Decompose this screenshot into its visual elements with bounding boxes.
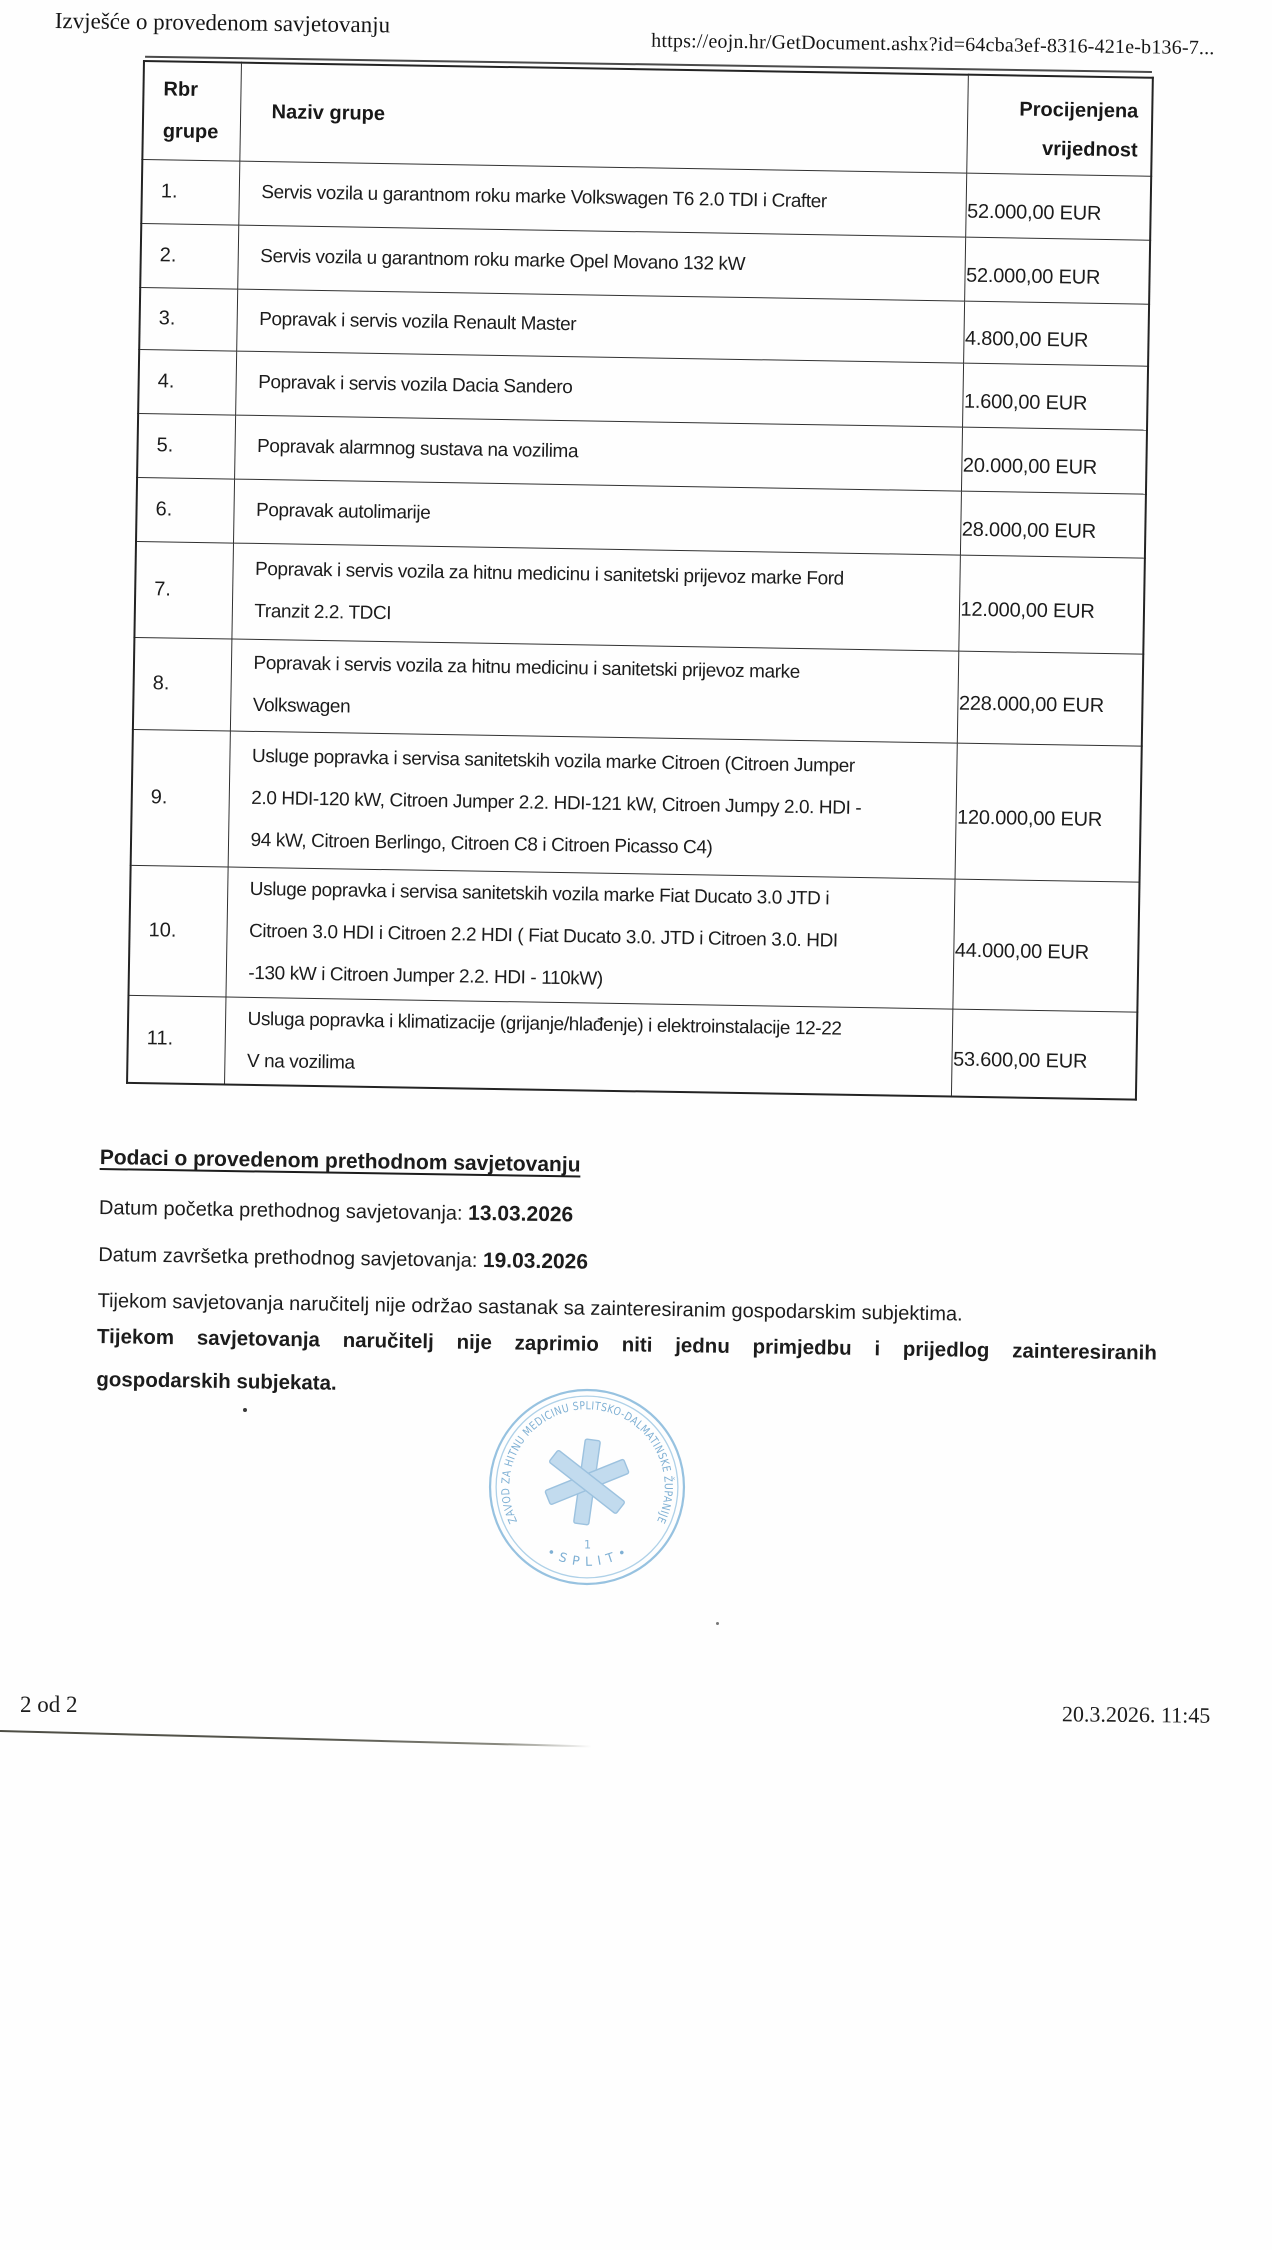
group-name: Popravak i servis vozila za hitnu medici… — [231, 543, 959, 651]
procurement-groups-table: Rbr grupe Naziv grupe Procijenjena vrije… — [126, 60, 1154, 1100]
start-date-label: Datum početka prethodnog savjetovanja: — [99, 1197, 468, 1225]
ink-speck — [716, 1622, 719, 1625]
row-number: 5. — [137, 413, 235, 479]
document-url: https://eojn.hr/GetDocument.ashx?id=64cb… — [651, 30, 1215, 60]
print-timestamp: 20.3.2026. 11:45 — [1062, 1701, 1211, 1729]
row-number: 3. — [139, 287, 237, 351]
header-rbr-grupe: Rbr grupe — [144, 68, 239, 154]
table-row: 11. Usluga popravka i klimatizacije (gri… — [127, 995, 1137, 1099]
group-name: Servis vozila u garantnom roku marke Vol… — [238, 161, 966, 237]
estimated-value: 4.800,00 EUR — [963, 301, 1149, 366]
estimated-value: 1.600,00 EUR — [962, 363, 1148, 430]
table-row: 8. Popravak i servis vozila za hitnu med… — [133, 637, 1143, 746]
group-name: Usluga popravka i klimatizacije (grijanj… — [224, 996, 952, 1096]
header-procijenjena-vrijednost: Procijenjena vrijednost — [968, 80, 1151, 171]
estimated-value: 52.000,00 EUR — [965, 173, 1151, 240]
end-date-value: 19.03.2026 — [483, 1249, 588, 1274]
row-number: 11. — [127, 995, 225, 1084]
table-row: 9. Usluge popravka i servisa sanitetskih… — [131, 729, 1142, 882]
document-title: Izvješće o provedenom savjetovanju — [55, 8, 391, 38]
group-name: Usluge popravka i servisa sanitetskih vo… — [225, 867, 954, 1009]
table-row: 7. Popravak i servis vozila za hitnu med… — [134, 541, 1144, 654]
group-name: Servis vozila u garantnom roku marke Ope… — [237, 225, 965, 301]
ink-speck — [243, 1408, 247, 1412]
estimated-value: 28.000,00 EUR — [960, 491, 1146, 558]
print-header: Izvješće o provedenom savjetovanju https… — [55, 8, 1215, 60]
end-date-label: Datum završetka prethodnog savjetovanja: — [98, 1244, 483, 1272]
no-meeting-paragraph: Tijekom savjetovanja naručitelj nije odr… — [97, 1290, 1157, 1330]
section-heading: Podaci o provedenom prethodnom savjetova… — [100, 1146, 1160, 1187]
estimated-value: 44.000,00 EUR — [952, 879, 1139, 1012]
row-number: 1. — [141, 159, 239, 225]
row-number: 7. — [134, 541, 233, 639]
no-remarks-paragraph-line1: Tijekom savjetovanja naručitelj nije zap… — [97, 1325, 1157, 1366]
start-date-value: 13.03.2026 — [468, 1202, 573, 1227]
estimated-value: 52.000,00 EUR — [964, 237, 1150, 304]
page-number: 2 od 2 — [20, 1692, 78, 1718]
group-name: Usluge popravka i servisa sanitetskih vo… — [228, 731, 957, 879]
stamp-number: 1 — [584, 1539, 591, 1552]
estimated-value: 12.000,00 EUR — [958, 555, 1145, 654]
group-name: Popravak alarmnog sustava na vozilima — [234, 415, 962, 491]
row-number: 9. — [131, 729, 230, 867]
consultation-end-line: Datum završetka prethodnog savjetovanja:… — [98, 1243, 1158, 1284]
estimated-value: 120.000,00 EUR — [955, 743, 1142, 882]
row-number: 2. — [140, 223, 238, 289]
consultation-start-line: Datum početka prethodnog savjetovanja: 1… — [99, 1196, 1159, 1237]
scanned-document-page: Izvješće o provedenom savjetovanju https… — [0, 0, 1272, 2250]
official-stamp: ZAVOD ZA HITNU MEDICINU SPLITSKO-DALMATI… — [486, 1386, 688, 1588]
estimated-value: 53.600,00 EUR — [951, 1009, 1137, 1100]
estimated-value: 228.000,00 EUR — [957, 651, 1143, 746]
row-number: 10. — [128, 865, 227, 997]
footer-rule — [0, 1730, 592, 1748]
table-row: 10. Usluge popravka i servisa sanitetski… — [128, 865, 1139, 1012]
row-number: 4. — [138, 349, 236, 415]
row-number: 8. — [133, 637, 232, 731]
table-header-row: Rbr grupe Naziv grupe Procijenjena vrije… — [142, 61, 1152, 176]
estimated-value: 20.000,00 EUR — [961, 427, 1147, 494]
group-name: Popravak i servis vozila za hitnu medici… — [230, 639, 958, 743]
procurement-groups-table-wrap: Rbr grupe Naziv grupe Procijenjena vrije… — [126, 60, 1152, 1100]
row-number: 6. — [136, 477, 234, 543]
group-name: Popravak autolimarije — [233, 479, 961, 555]
group-name: Popravak i servis vozila Dacia Sandero — [235, 351, 963, 427]
header-naziv-grupe: Naziv grupe — [241, 100, 965, 135]
star-of-life-icon — [541, 1434, 633, 1529]
